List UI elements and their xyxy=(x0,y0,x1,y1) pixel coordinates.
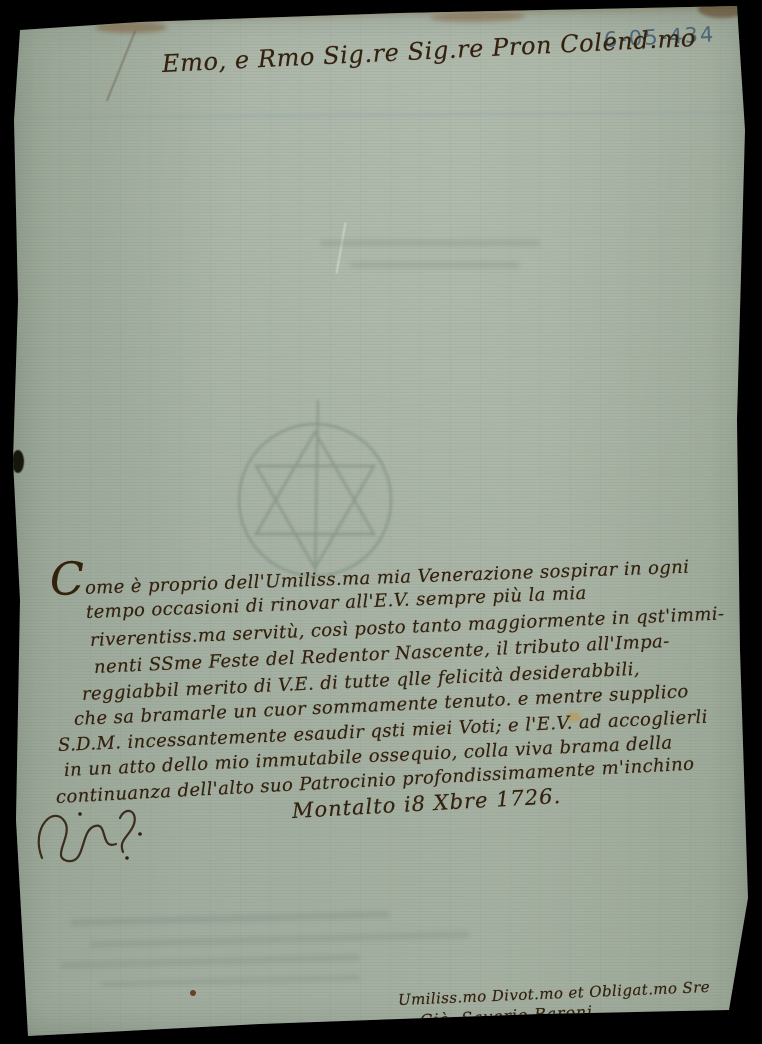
showthrough xyxy=(100,975,360,988)
scratch xyxy=(336,222,347,274)
stain xyxy=(698,0,746,18)
showthrough xyxy=(350,262,520,268)
salutation-line: Emo, e Rmo Sig.re Sig.re Pron Colend.mo xyxy=(161,24,696,78)
monogram-flourish xyxy=(28,800,153,872)
manuscript-page: 6-05-434 Emo, e Rmo Sig.re Sig.re Pron C… xyxy=(0,0,762,1044)
edge-hole xyxy=(12,450,24,473)
fold-line xyxy=(22,112,738,119)
stain xyxy=(95,22,167,33)
showthrough xyxy=(70,911,390,926)
stain xyxy=(190,990,196,996)
showthrough xyxy=(90,931,470,948)
showthrough xyxy=(320,240,540,246)
crease xyxy=(106,30,136,101)
scan-background: 6-05-434 Emo, e Rmo Sig.re Sig.re Pron C… xyxy=(0,0,762,1044)
showthrough xyxy=(60,954,360,969)
